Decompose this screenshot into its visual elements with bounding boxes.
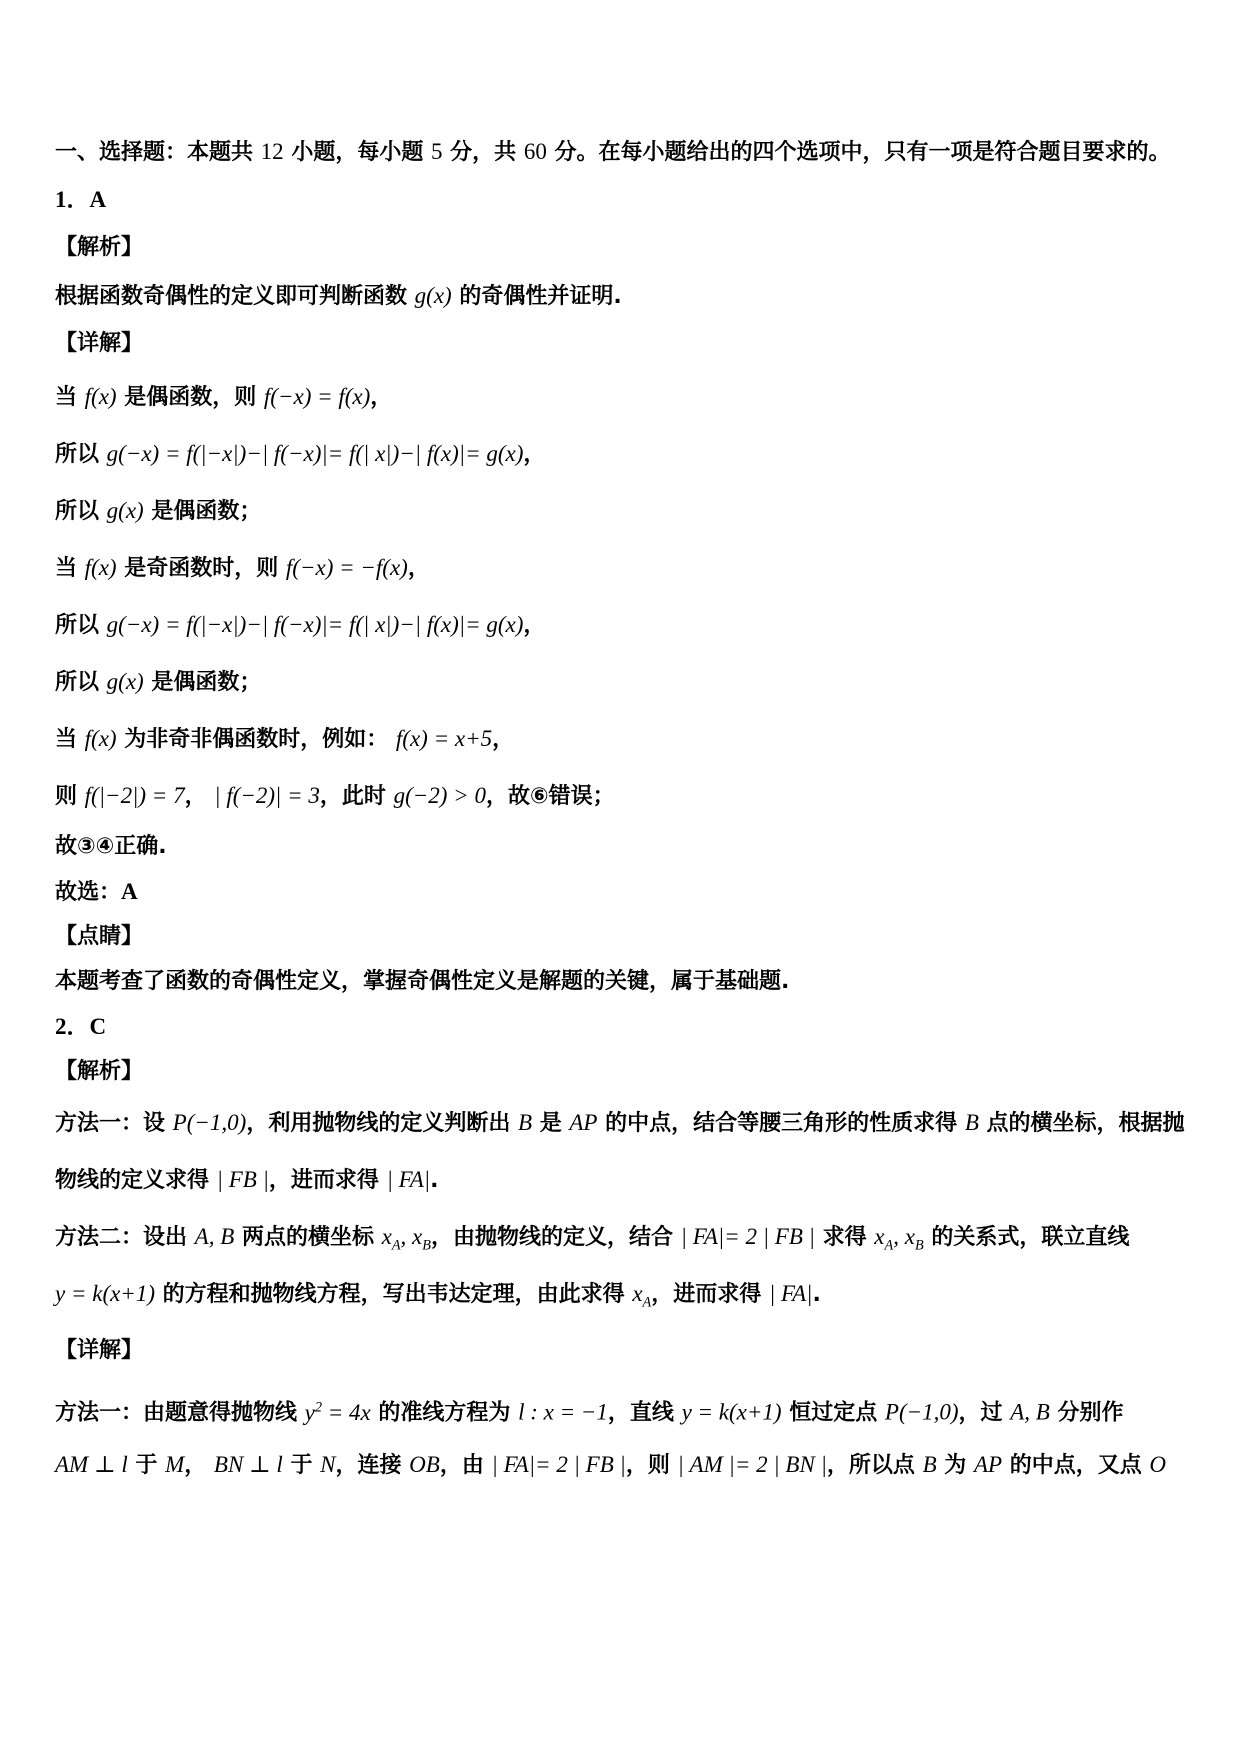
- text-run: 小题，每小题: [284, 140, 431, 165]
- math-expression: f(x) = x+5: [396, 726, 492, 751]
- q2-analysis-label: 【解析】: [55, 1049, 1190, 1094]
- text-run: 是奇函数时，则: [117, 556, 286, 581]
- math-expression: B: [518, 1110, 532, 1135]
- q1-analysis-text: 根据函数奇偶性的定义即可判断函数 g(x) 的奇偶性并证明.: [55, 272, 1190, 320]
- text-run: 当: [55, 385, 85, 410]
- math-expression: B: [923, 1452, 937, 1477]
- text-run: 是: [532, 1111, 569, 1136]
- math-expression: xA: [632, 1281, 651, 1306]
- math-expression: P(−1,0): [173, 1110, 247, 1135]
- text-run: 为: [937, 1453, 974, 1478]
- q1-answer: 1．A: [55, 176, 1190, 224]
- text-run: 分，共: [443, 140, 524, 165]
- math-expression: | FB |: [217, 1167, 269, 1192]
- math-expression: | f(−2)| = 3: [214, 783, 320, 808]
- text-run: 故选：: [55, 880, 121, 905]
- text-run: ，由: [440, 1453, 492, 1478]
- document-page: 一、选择题：本题共 12 小题，每小题 5 分，共 60 分。在每小题给出的四个…: [0, 0, 1240, 1754]
- text-run: 60: [524, 139, 547, 164]
- q1-detail-line-6: 所以 g(x) 是偶函数；: [55, 653, 1190, 710]
- text-run: 所以: [55, 670, 107, 695]
- text-run: ，: [523, 442, 545, 467]
- math-expression: g(−x) = f(|−x|)−| f(−x)|= f(| x|)−| f(x)…: [107, 441, 524, 466]
- text-run: 所以: [55, 613, 107, 638]
- text-run: 恒过定点: [782, 1401, 885, 1426]
- section-title: 一、选择题：本题共 12 小题，每小题 5 分，共 60 分。在每小题给出的四个…: [55, 128, 1190, 176]
- text-run: 的准线方程为: [371, 1401, 518, 1426]
- text-run: 的方程和抛物线方程，写出韦达定理，由此求得: [155, 1282, 632, 1307]
- text-run: ，: [492, 727, 514, 752]
- q1-detail-line-1: 当 f(x) 是偶函数，则 f(−x) = f(x)，: [55, 368, 1190, 425]
- math-expression: xA, xB: [874, 1224, 923, 1249]
- text-run: 物线的定义求得: [55, 1168, 217, 1193]
- text-run: ，则: [626, 1453, 678, 1478]
- text-run: 分。在每小题给出的四个选项中，只有一项是符合题目要求的。: [547, 140, 1171, 165]
- math-expression: P(−1,0): [885, 1400, 959, 1425]
- text-run: 【解析】: [55, 235, 143, 260]
- text-run: ，直线: [608, 1401, 682, 1426]
- math-expression: | AM |= 2 | BN |: [677, 1452, 826, 1477]
- text-run: 于: [128, 1453, 165, 1478]
- q1-tip-text: 本题考查了函数的奇偶性定义，掌握奇偶性定义是解题的关键，属于基础题.: [55, 959, 1190, 1004]
- math-expression: f(x): [85, 384, 117, 409]
- math-expression: g(−x) = f(|−x|)−| f(−x)|= f(| x|)−| f(x)…: [107, 612, 524, 637]
- q2-method2-line-1: 方法二：设出 A, B 两点的横坐标 xA, xB，由抛物线的定义，结合 | F…: [55, 1208, 1190, 1265]
- math-expression: f(x): [85, 555, 117, 580]
- text-run: 【详解】: [55, 1338, 143, 1363]
- math-expression: A, B: [195, 1224, 235, 1249]
- text-run: 分别作: [1050, 1401, 1124, 1426]
- q2-method1-line-1: 方法一：设 P(−1,0)，利用抛物线的定义判断出 B 是 AP 的中点，结合等…: [55, 1094, 1190, 1151]
- math-expression: | FA|= 2 | FB |: [681, 1224, 815, 1249]
- text-run: 【详解】: [55, 331, 143, 356]
- math-expression: | FA|: [769, 1281, 813, 1306]
- q2-detail-line-1: 方法一：由题意得抛物线 y2 = 4x 的准线方程为 l : x = −1，直线…: [55, 1379, 1190, 1436]
- text-run: 本题考查了函数的奇偶性定义，掌握奇偶性定义是解题的关键，属于基础题.: [55, 969, 789, 994]
- text-run: 的中点，又点: [1002, 1453, 1149, 1478]
- text-run: 所以: [55, 499, 107, 524]
- text-run: 的中点，结合等腰三角形的性质求得: [597, 1111, 964, 1136]
- math-expression: g(−2) > 0: [394, 783, 486, 808]
- math-expression: AP: [974, 1452, 1002, 1477]
- q2-method2-line-2: y = k(x+1) 的方程和抛物线方程，写出韦达定理，由此求得 xA，进而求得…: [55, 1265, 1190, 1322]
- math-expression: g(x): [107, 669, 144, 694]
- math-expression: A, B: [1010, 1400, 1050, 1425]
- math-expression: N: [320, 1452, 335, 1477]
- q1-detail-line-8: 则 f(|−2|) = 7， | f(−2)| = 3，此时 g(−2) > 0…: [55, 767, 1190, 824]
- text-run: 是偶函数；: [144, 499, 262, 524]
- text-run: 是偶函数；: [144, 670, 262, 695]
- text-run: 的奇偶性并证明.: [452, 284, 622, 309]
- math-expression: M: [165, 1452, 184, 1477]
- text-run: 方法一：由题意得抛物线: [55, 1401, 305, 1426]
- text-run: ，进而求得: [651, 1282, 769, 1307]
- q2-detail-label: 【详解】: [55, 1322, 1190, 1379]
- math-expression: O: [1149, 1452, 1166, 1477]
- text-run: 是偶函数，则: [117, 385, 264, 410]
- text-run: 求得: [815, 1225, 874, 1250]
- text-run: 故③④正确.: [55, 834, 167, 859]
- text-run: 【点睛】: [55, 924, 143, 949]
- text-run: 的关系式，联立直线: [924, 1225, 1130, 1250]
- math-expression: y = k(x+1): [55, 1281, 155, 1306]
- math-expression: f(|−2|) = 7: [85, 783, 185, 808]
- text-run: 1．A: [55, 187, 106, 212]
- math-expression: g(x): [107, 498, 144, 523]
- q1-detail-line-3: 所以 g(x) 是偶函数；: [55, 482, 1190, 539]
- text-run: 方法一：设: [55, 1111, 173, 1136]
- text-run: 12: [261, 139, 284, 164]
- math-expression: OB: [409, 1452, 440, 1477]
- text-run: 当: [55, 727, 85, 752]
- text-run: 于: [283, 1453, 320, 1478]
- text-run: 【解析】: [55, 1059, 143, 1084]
- math-expression: BN ⊥ l: [214, 1452, 283, 1477]
- q1-detail-line-4: 当 f(x) 是奇函数时，则 f(−x) = −f(x)，: [55, 539, 1190, 596]
- math-expression: f(−x) = −f(x): [286, 555, 408, 580]
- text-run: ，由抛物线的定义，结合: [431, 1225, 681, 1250]
- text-run: ，此时: [320, 784, 394, 809]
- text-run: ，利用抛物线的定义判断出: [246, 1111, 518, 1136]
- q2-answer: 2．C: [55, 1004, 1190, 1049]
- text-run: 5: [431, 139, 443, 164]
- math-expression: | FA|= 2 | FB |: [492, 1452, 626, 1477]
- text-run: ，: [184, 1453, 214, 1478]
- math-expression: l : x = −1: [518, 1400, 608, 1425]
- math-expression: AM ⊥ l: [55, 1452, 128, 1477]
- math-expression: g(x): [415, 283, 452, 308]
- text-run: 所以: [55, 442, 107, 467]
- text-run: ，进而求得: [269, 1168, 387, 1193]
- q1-choice: 故选：A: [55, 869, 1190, 914]
- q1-analysis-label: 【解析】: [55, 224, 1190, 272]
- math-expression: AP: [569, 1110, 597, 1135]
- text-run: ，: [185, 784, 215, 809]
- text-run: 两点的横坐标: [234, 1225, 381, 1250]
- math-expression: xA, xB: [382, 1224, 431, 1249]
- text-run: ，所以点: [827, 1453, 923, 1478]
- text-run: 当: [55, 556, 85, 581]
- math-expression: f(−x) = f(x): [264, 384, 370, 409]
- text-run: A: [121, 879, 138, 904]
- math-expression: y = k(x+1): [682, 1400, 782, 1425]
- text-run: 则: [55, 784, 85, 809]
- math-expression: | FA|: [387, 1167, 431, 1192]
- text-run: ，故⑥错误；: [486, 784, 615, 809]
- text-run: .: [430, 1168, 438, 1193]
- q1-tip-label: 【点睛】: [55, 914, 1190, 959]
- text-run: 方法二：设出: [55, 1225, 195, 1250]
- q2-method1-line-2: 物线的定义求得 | FB |，进而求得 | FA|.: [55, 1151, 1190, 1208]
- text-run: 2．C: [55, 1014, 106, 1039]
- math-expression: f(x): [85, 726, 117, 751]
- q1-detail-line-2: 所以 g(−x) = f(|−x|)−| f(−x)|= f(| x|)−| f…: [55, 425, 1190, 482]
- text-run: ，: [370, 385, 392, 410]
- text-run: 一、选择题：本题共: [55, 140, 261, 165]
- text-run: 点的横坐标，根据抛: [979, 1111, 1185, 1136]
- math-expression: y2 = 4x: [305, 1400, 371, 1425]
- q1-detail-line-5: 所以 g(−x) = f(|−x|)−| f(−x)|= f(| x|)−| f…: [55, 596, 1190, 653]
- q2-detail-line-2: AM ⊥ l 于 M， BN ⊥ l 于 N，连接 OB，由 | FA|= 2 …: [55, 1436, 1190, 1493]
- q1-conclusion: 故③④正确.: [55, 824, 1190, 869]
- text-run: ，: [523, 613, 545, 638]
- text-run: 为非奇非偶函数时，例如：: [117, 727, 396, 752]
- text-run: ，: [408, 556, 430, 581]
- text-run: 根据函数奇偶性的定义即可判断函数: [55, 284, 415, 309]
- text-run: ，连接: [336, 1453, 410, 1478]
- q1-detail-line-7: 当 f(x) 为非奇非偶函数时，例如： f(x) = x+5，: [55, 710, 1190, 767]
- math-expression: B: [965, 1110, 979, 1135]
- text-run: .: [812, 1282, 820, 1307]
- q1-detail-label: 【详解】: [55, 320, 1190, 368]
- text-run: ，过: [959, 1401, 1011, 1426]
